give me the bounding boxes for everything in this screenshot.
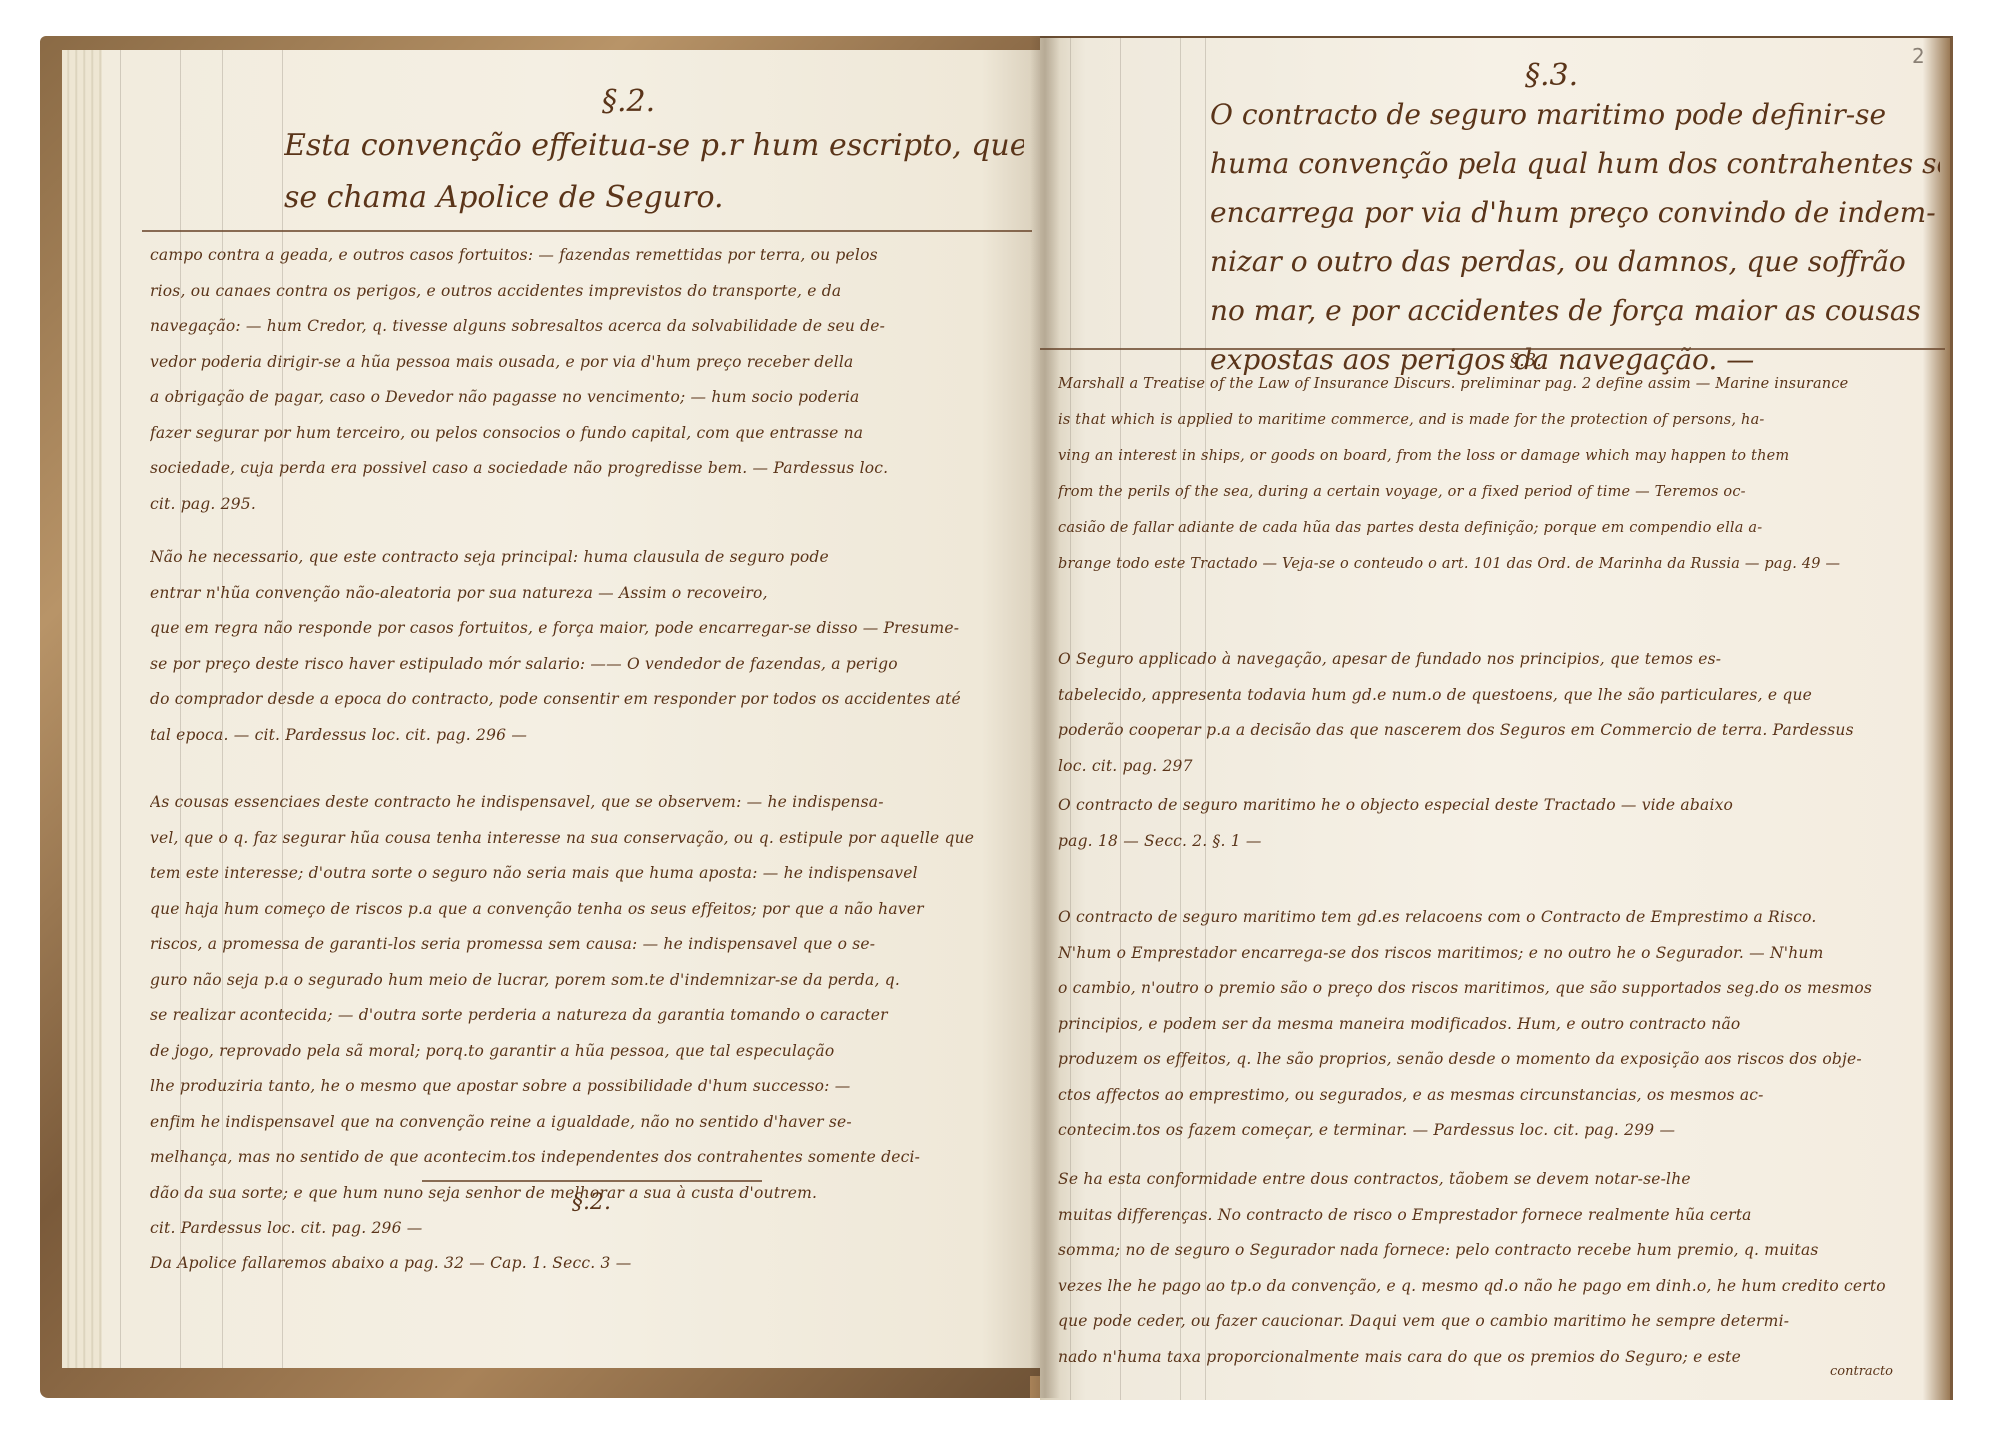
right-page: 2 §.3. O contracto de seguro maritimo po…	[1040, 36, 1953, 1400]
text-line: O contracto de seguro maritimo he o obje…	[1058, 788, 1938, 824]
text-line: fazer segurar por hum terceiro, ou pelos…	[150, 416, 1030, 452]
text-line: que haja hum começo de riscos p.a que a …	[150, 892, 1030, 928]
text-line: o cambio, n'outro o premio são o preço d…	[1058, 971, 1938, 1007]
closing-divider	[422, 1180, 762, 1182]
text-line: poderão cooperar p.a a decisão das que n…	[1058, 713, 1938, 749]
text-line: principios, e podem ser da mesma maneira…	[1058, 1007, 1938, 1043]
page-edges	[62, 50, 102, 1368]
left-page: §.2. Esta convenção effeitua-se p.r hum …	[62, 50, 1041, 1368]
text-line: enfim he indispensavel que na convenção …	[150, 1105, 1030, 1141]
text-line: campo contra a geada, e outros casos for…	[150, 238, 1030, 274]
text-line: cit. pag. 295.	[150, 487, 1030, 523]
page-number: 2	[1912, 44, 1925, 68]
heading-line: nizar o outro das perdas, ou damnos, que…	[1210, 237, 1940, 286]
footer-note: Da Apolice fallaremos abaixo a pag. 32 —…	[150, 1246, 1030, 1282]
text-line: cit. Pardessus loc. cit. pag. 296 —	[150, 1211, 1030, 1247]
heading-line: encarrega por via d'hum preço convindo d…	[1210, 188, 1940, 237]
text-line: Não he necessario, que este contracto se…	[150, 540, 1030, 576]
text-line: vezes lhe he pago ao tp.o da convenção, …	[1058, 1269, 1938, 1305]
text-line: rios, ou canaes contra os perigos, e out…	[150, 274, 1030, 310]
catchword: contracto	[1830, 1364, 1893, 1379]
text-line: pag. 18 — Secc. 2. §. 1 —	[1058, 824, 1938, 860]
paragraph: Não he necessario, que este contracto se…	[150, 540, 1030, 753]
heading-divider	[142, 230, 1032, 232]
section-mark: §.3.	[1525, 58, 1578, 93]
heading-line: O contracto de seguro maritimo pode defi…	[1210, 90, 1940, 139]
text-line: tabelecido, appresenta todavia hum gd.e …	[1058, 678, 1938, 714]
paragraph: As cousas essenciaes deste contracto he …	[150, 785, 1030, 1247]
text-line: se por preço deste risco haver estipulad…	[150, 647, 1030, 683]
text-line: que em regra não responde por casos fort…	[150, 611, 1030, 647]
book-gutter	[1030, 36, 1060, 1398]
paragraph: campo contra a geada, e outros casos for…	[150, 238, 1030, 522]
text-line: O Seguro applicado à navegação, apesar d…	[1058, 642, 1938, 678]
text-line: tem este interesse; d'outra sorte o segu…	[150, 856, 1030, 892]
text-line: se realizar acontecida; — d'outra sorte …	[150, 998, 1030, 1034]
text-line: N'hum o Emprestador encarrega-se dos ris…	[1058, 936, 1938, 972]
text-line: loc. cit. pag. 297	[1058, 749, 1938, 785]
text-line: muitas differenças. No contracto de risc…	[1058, 1198, 1938, 1234]
open-manuscript-book: §.2. Esta convenção effeitua-se p.r hum …	[40, 36, 1960, 1398]
text-line: guro não seja p.a o segurado hum meio de…	[150, 963, 1030, 999]
text-line: Se ha esta conformidade entre dous contr…	[1058, 1162, 1938, 1198]
text-line: casião de fallar adiante de cada hũa das…	[1058, 510, 1938, 546]
paragraph-quotation: Marshall a Treatise of the Law of Insura…	[1058, 366, 1938, 582]
text-line: a obrigação de pagar, caso o Devedor não…	[150, 380, 1030, 416]
heading-line: Esta convenção effeitua-se p.r hum escri…	[284, 120, 1024, 172]
paragraph: O contracto de seguro maritimo he o obje…	[1058, 788, 1938, 859]
footer-section-mark: §.2.	[572, 1190, 611, 1215]
paragraph: O Seguro applicado à navegação, apesar d…	[1058, 642, 1938, 784]
text-line: somma; no de seguro o Segurador nada for…	[1058, 1233, 1938, 1269]
text-line: tal epoca. — cit. Pardessus loc. cit. pa…	[150, 718, 1030, 754]
text-line: melhança, mas no sentido de que aconteci…	[150, 1140, 1030, 1176]
paragraph: O contracto de seguro maritimo tem gd.es…	[1058, 900, 1938, 1149]
text-line: que pode ceder, ou fazer caucionar. Daqu…	[1058, 1304, 1938, 1340]
text-line: vel, que o q. faz segurar hũa cousa tenh…	[150, 821, 1030, 857]
text-line: nado n'huma taxa proporcionalmente mais …	[1058, 1340, 1938, 1376]
text-line: from the perils of the sea, during a cer…	[1058, 474, 1938, 510]
text-line: do comprador desde a epoca do contracto,…	[150, 682, 1030, 718]
text-line: is that which is applied to maritime com…	[1058, 402, 1938, 438]
text-line: lhe produziria tanto, he o mesmo que apo…	[150, 1069, 1030, 1105]
section-heading: O contracto de seguro maritimo pode defi…	[1210, 90, 1940, 384]
text-line: ving an interest in ships, or goods on b…	[1058, 438, 1938, 474]
text-line: brange todo este Tractado — Veja-se o co…	[1058, 546, 1938, 582]
heading-divider	[1040, 348, 1945, 350]
text-line: As cousas essenciaes deste contracto he …	[150, 785, 1030, 821]
text-line: sociedade, cuja perda era possivel caso …	[150, 451, 1030, 487]
text-line: entrar n'hũa convenção não-aleatoria por…	[150, 576, 1030, 612]
paragraph: Se ha esta conformidade entre dous contr…	[1058, 1162, 1938, 1375]
text-line: riscos, a promessa de garanti-los seria …	[150, 927, 1030, 963]
section-heading: Esta convenção effeitua-se p.r hum escri…	[284, 120, 1024, 224]
text-line: navegação: — hum Credor, q. tivesse algu…	[150, 309, 1030, 345]
section-mark: §.2.	[602, 84, 655, 119]
text-line: produzem os effeitos, q. lhe são proprio…	[1058, 1042, 1938, 1078]
text-line: Marshall a Treatise of the Law of Insura…	[1058, 366, 1938, 402]
heading-line: huma convenção pela qual hum dos contrah…	[1210, 139, 1940, 188]
text-line: de jogo, reprovado pela sã moral; porq.t…	[150, 1034, 1030, 1070]
text-line: contecim.tos os fazem começar, e termina…	[1058, 1113, 1938, 1149]
text-line: ctos affectos ao emprestimo, ou segurado…	[1058, 1078, 1938, 1114]
heading-line: se chama Apolice de Seguro.	[284, 172, 1024, 224]
text-line: vedor poderia dirigir-se a hũa pessoa ma…	[150, 345, 1030, 381]
heading-line: no mar, e por accidentes de força maior …	[1210, 286, 1940, 335]
text-line: O contracto de seguro maritimo tem gd.es…	[1058, 900, 1938, 936]
ruling-line	[120, 50, 121, 1368]
